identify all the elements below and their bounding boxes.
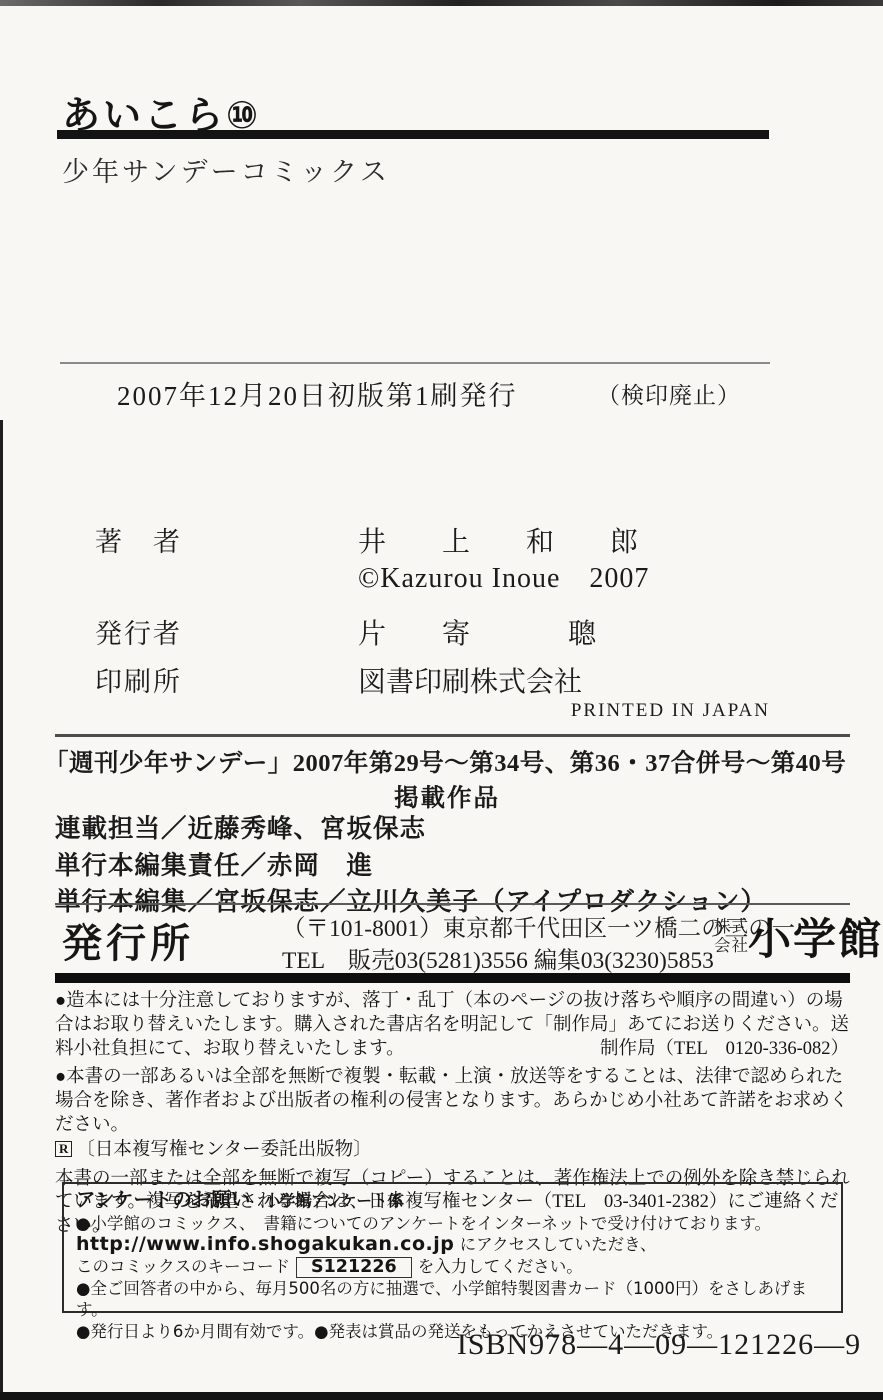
staff-volume-chief: 単行本編集責任／赤岡 進: [55, 848, 855, 885]
rule-above-edition: [60, 362, 770, 364]
publisher-name: 小学館: [748, 906, 883, 967]
survey-department: 小学館アンケート係: [264, 1192, 403, 1210]
isbn-number: ISBN978—4—09—121226—9: [440, 1328, 878, 1362]
survey-prize-line: ●全ご回答者の中から、毎月500名の方に抽選で、小学館特製図書カード（1000円…: [76, 1278, 829, 1321]
survey-title: アンケートのお願い: [76, 1188, 250, 1211]
printed-in-japan: PRINTED IN JAPAN: [500, 700, 770, 722]
rule-below-publisher: [55, 973, 850, 983]
credit-label-publisher-person: 発行者: [95, 612, 358, 651]
colophon-page: あいこら⑩ 少年サンデーコミックス 2007年12月20日初版第1刷発行 （検印…: [0, 0, 883, 1400]
kenin-haishi-note: （検印廃止）: [597, 377, 741, 410]
serialization-works: 掲載作品: [44, 779, 850, 814]
copyright-center-registration: R〔日本複写権センター委託出版物〕: [55, 1139, 853, 1163]
survey-keycode: S121226: [296, 1257, 412, 1278]
publisher-tel: TEL 販売03(5281)3556 編集03(3230)5853: [282, 941, 714, 975]
registered-mark-icon: R: [55, 1141, 72, 1157]
staff-serial-editor: 連載担当／近藤秀峰、宮坂保志: [55, 811, 855, 848]
publisher-corp-type: 株式 会社: [714, 917, 749, 955]
rule-above-serialization: [55, 734, 850, 737]
series-name: 少年サンデーコミックス: [62, 150, 390, 189]
scan-edge-bottom: [0, 1392, 883, 1400]
credit-label-author: 著 者: [95, 520, 358, 559]
notice-binding-contact: 制作局（TEL 0120-336-082）: [600, 1038, 849, 1062]
scan-edge-left: [0, 420, 3, 1400]
survey-url: http://www.info.shogakukan.co.jp: [76, 1233, 454, 1255]
publisher-label: 発行所: [62, 912, 194, 969]
survey-request-box: アンケートのお願い小学館アンケート係 ●小学館のコミックス、 書籍についてのアン…: [62, 1182, 843, 1313]
credit-row-printer: 印刷所図書印刷株式会社: [95, 660, 815, 700]
credit-value-author: 井 上 和 郎: [358, 527, 652, 558]
survey-title-line: アンケートのお願い小学館アンケート係: [76, 1189, 829, 1213]
survey-url-suffix: にアクセスしていただき、: [454, 1235, 656, 1254]
credit-row-author: 著 者井 上 和 郎: [95, 520, 815, 560]
publisher-corp-line1: 株式: [714, 917, 749, 936]
copyright-line: ©Kazurou Inoue 2007: [358, 556, 649, 596]
copyright-center-text: 〔日本複写権センター委託出版物〕: [76, 1140, 371, 1160]
title-underline-bar: [57, 130, 769, 139]
notice-reproduction-text: ●本書の一部あるいは全部を無断で複製・転載・上演・放送等をすることは、法律で認め…: [55, 1067, 848, 1135]
credit-row-publisher-person: 発行者片 寄 聰: [95, 612, 815, 652]
survey-keycode-line: このコミックスのキーコードS121226を入力してください。: [76, 1256, 829, 1278]
edition-date-line: 2007年12月20日初版第1刷発行: [117, 374, 518, 413]
credit-label-printer: 印刷所: [95, 660, 358, 699]
notice-reproduction: ●本書の一部あるいは全部を無断で複製・転載・上演・放送等をすることは、法律で認め…: [55, 1066, 853, 1162]
survey-keycode-suffix: を入力してください。: [418, 1257, 583, 1276]
rule-above-publisher: [55, 903, 850, 905]
scan-edge-top: [0, 0, 883, 6]
notice-binding-defects: ●造本には十分注意しておりますが、落丁・乱丁（本のページの抜け落ちや順序の間違い…: [55, 990, 853, 1061]
survey-intro-line: ●小学館のコミックス、 書籍についてのアンケートをインターネットで受け付けており…: [76, 1213, 829, 1235]
credit-value-printer: 図書印刷株式会社: [358, 667, 582, 698]
survey-keycode-prefix: このコミックスのキーコード: [76, 1257, 290, 1276]
publisher-corp-line2: 会社: [714, 936, 749, 955]
survey-url-line: http://www.info.shogakukan.co.jp にアクセスして…: [76, 1234, 829, 1256]
serialization-issues: 「週刊少年サンデー」2007年第29号〜第34号、第36・37合併号〜第40号: [44, 744, 850, 779]
credit-value-publisher-person: 片 寄 聰: [358, 619, 610, 650]
